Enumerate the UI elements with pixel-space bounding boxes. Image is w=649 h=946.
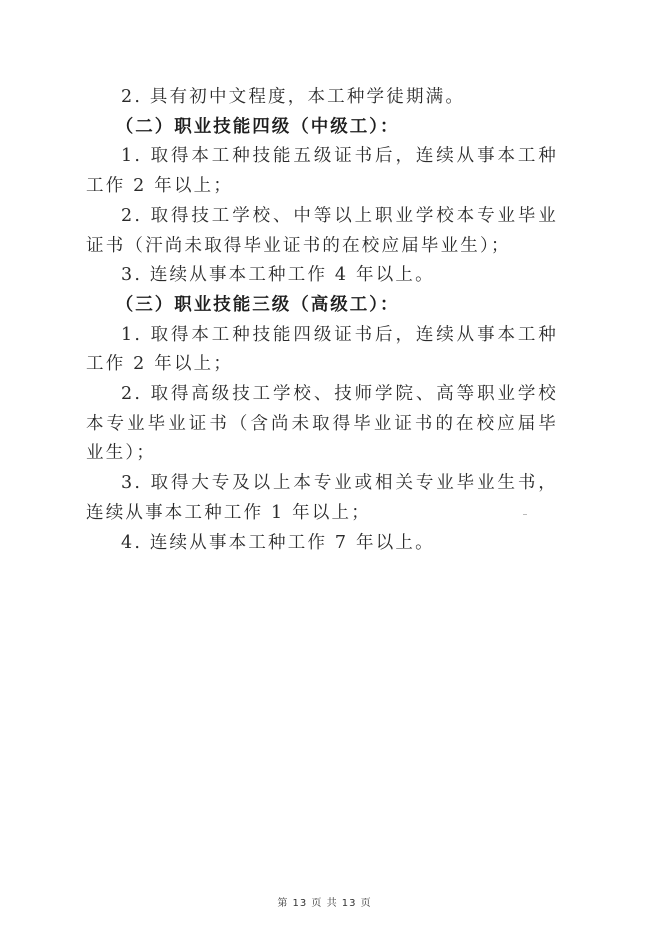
list-item: 2. 具有初中文程度，本工种学徒期满。 [86,83,558,113]
list-item: 1. 取得本工种技能四级证书后，连续从事本工种工作 2 年以上； [86,321,558,380]
section-heading: （三）职业技能三级（高级工）： [86,291,558,321]
list-item: 3. 连续从事本工种工作 4 年以上。 [86,261,558,291]
document-page: 2. 具有初中文程度，本工种学徒期满。 （二）职业技能四级（中级工）： 1. 取… [0,0,649,946]
document-body: 2. 具有初中文程度，本工种学徒期满。 （二）职业技能四级（中级工）： 1. 取… [86,83,558,558]
list-item: 2. 取得高级技工学校、技师学院、高等职业学校本专业毕业证书（含尚未取得毕业证书… [86,380,558,469]
list-item: 3. 取得大专及以上本专业或相关专业毕业生书，连续从事本工种工作 1 年以上； [86,469,558,528]
section-heading: （二）职业技能四级（中级工）： [86,113,558,143]
page-footer: 第 13 页 共 13 页 [0,894,649,909]
list-item: 1. 取得本工种技能五级证书后，连续从事本工种工作 2 年以上； [86,142,558,201]
list-item: 2. 取得技工学校、中等以上职业学校本专业毕业证书（汗尚未取得毕业证书的在校应届… [86,202,558,261]
list-item: 4. 连续从事本工种工作 7 年以上。 [86,529,558,559]
scan-speck [523,514,527,515]
